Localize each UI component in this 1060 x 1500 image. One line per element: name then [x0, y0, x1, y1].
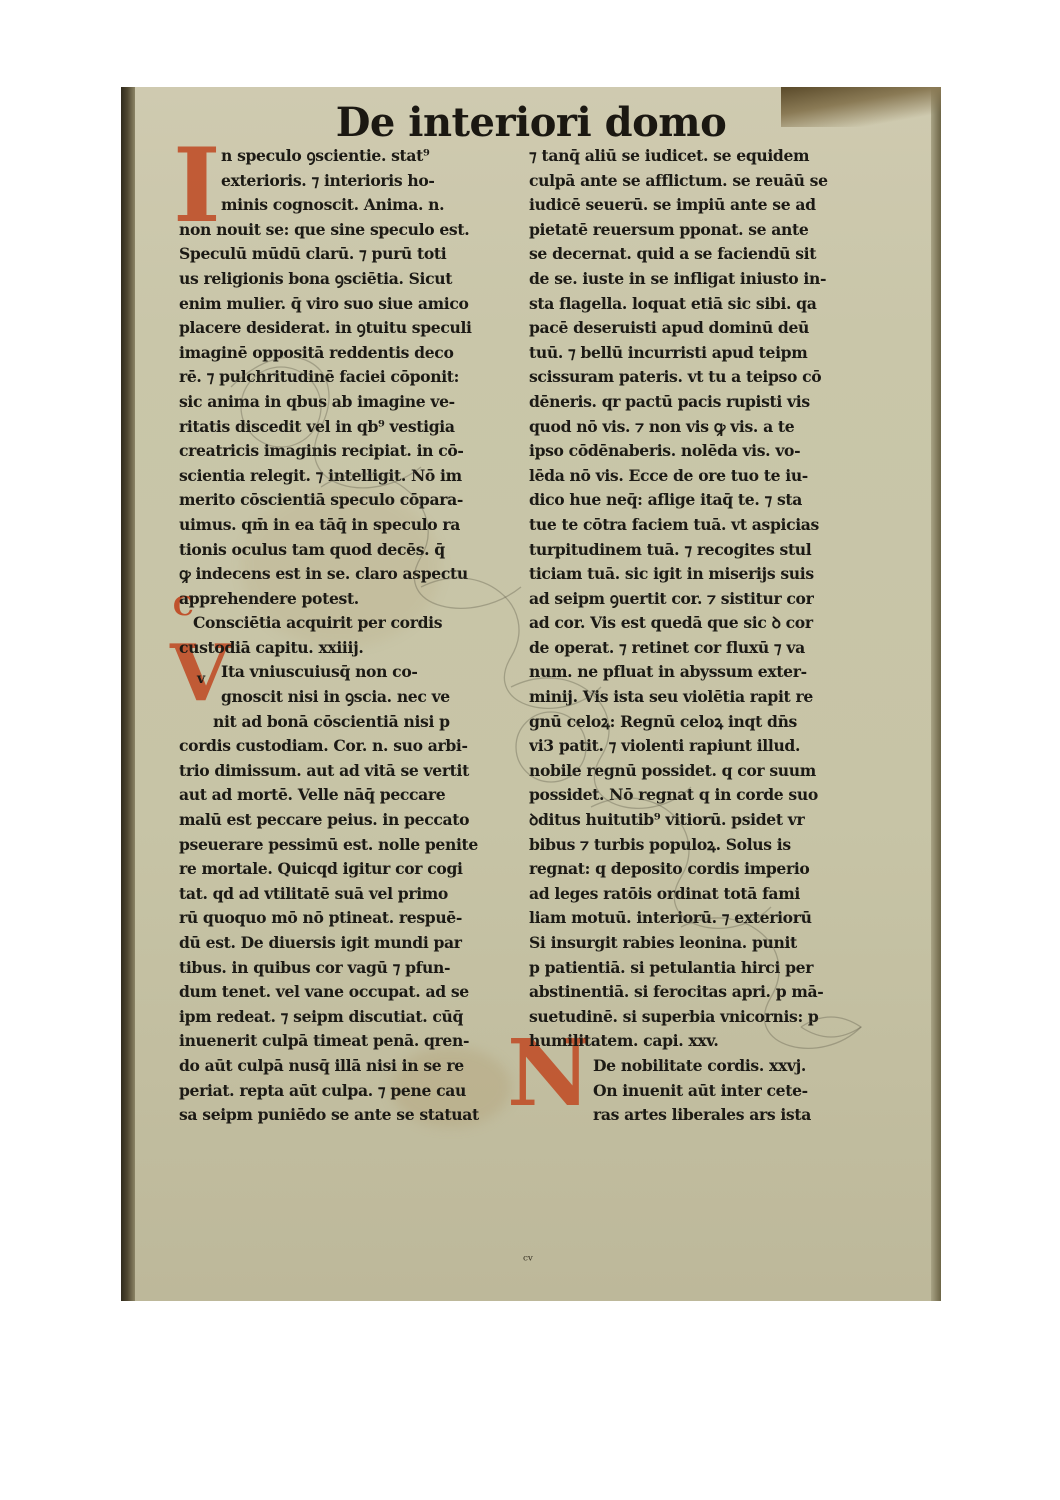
- chapter-heading: Consciētia acquirit per cordis: [179, 611, 499, 636]
- text-line: dēneris. qr pactū pacis rupisti vis: [529, 390, 859, 415]
- text-line: humilitatem. capi. xxv.: [529, 1029, 859, 1054]
- text-line: tionis oculus tam quod decēs. q̄: [179, 538, 499, 563]
- signature-mark: ᶜᵛ: [523, 1253, 545, 1265]
- text-line: bibus ⁊ turbis populoꝝ. Solus is: [529, 833, 859, 858]
- text-line: n speculo ꝯscientie. stat⁹: [179, 144, 499, 169]
- text-line: exterioris. ⁊ interioris ho-: [179, 169, 499, 194]
- text-line: minis cognoscit. Anima. n.: [179, 193, 499, 218]
- text-line: uimus. qm̄ in ea tāq̄ in speculo ra: [179, 513, 499, 538]
- text-line: merito cōscientiā speculo cōpara-: [179, 488, 499, 513]
- text-line: inuenerit culpā timeat penā. qren-: [179, 1029, 499, 1054]
- text-line: rū quoquo mō nō ptineat. respuē-: [179, 906, 499, 931]
- text-line: gnoscit nisi in ꝯscia. nec ve: [179, 685, 499, 710]
- text-line: regnat: q deposito cordis imperio: [529, 857, 859, 882]
- text-line: de operat. ⁊ retinet cor fluxū ⁊ va: [529, 636, 859, 661]
- text-line: nit ad bonā cōscientiā nisi p: [179, 710, 499, 735]
- text-line: re mortale. Quicqd igitur cor cogi: [179, 857, 499, 882]
- text-line: pietatē reuersum pponat. se ante: [529, 218, 859, 243]
- text-line: ritatis discedit vel in qb⁹ vestigia: [179, 415, 499, 440]
- text-line: tat. qd ad vtilitatē suā vel primo: [179, 882, 499, 907]
- text-line: do aūt culpā nusq̄ illā nisi in se re: [179, 1054, 499, 1079]
- text-line: periat. repta aūt culpa. ⁊ pene cau: [179, 1079, 499, 1104]
- text-line: ipm redeat. ⁊ seipm discutiat. cūq̄: [179, 1005, 499, 1030]
- text-line: malū est peccare peius. in peccato: [179, 808, 499, 833]
- text-line: tuū. ⁊ bellū incurristi apud teipm: [529, 341, 859, 366]
- running-head: De interiori domo: [121, 99, 941, 146]
- text-line: de se. iuste in se infligat iniusto in-: [529, 267, 859, 292]
- text-line: ꝙ indecens est in se. claro aspectu: [179, 562, 499, 587]
- text-line: minij. Vis ista seu violētia rapit re: [529, 685, 859, 710]
- text-line: us religionis bona ꝯsciētia. Sicut: [179, 267, 499, 292]
- text-line: ad leges ratōis ordinat totā fami: [529, 882, 859, 907]
- text-line: aut ad mortē. Velle nāq̄ peccare: [179, 783, 499, 808]
- text-line: ⁊ tanq̄ aliū se iudicet. se equidem: [529, 144, 859, 169]
- text-line: sta flagella. loquat etiā sic sibi. qa: [529, 292, 859, 317]
- text-line: Si insurgit rabies leonina. punit: [529, 931, 859, 956]
- text-line: scissuram pateris. vt tu a teipso cō: [529, 365, 859, 390]
- text-line: sa seipm puniēdo se ante se statuat: [179, 1103, 499, 1128]
- text-line: ticiam tuā. sic igit in miserijs suis: [529, 562, 859, 587]
- text-line: turpitudinem tuā. ⁊ recogites stul: [529, 538, 859, 563]
- text-line: culpā ante se afflictum. se reuāū se: [529, 169, 859, 194]
- text-column-left: n speculo ꝯscientie. stat⁹ exterioris. ⁊…: [179, 144, 499, 1128]
- text-line: cordis custodiam. Cor. n. suo arbi-: [179, 734, 499, 759]
- text-line: gnū celoꝝ: Regnū celoꝝ inqt dn̄s: [529, 710, 859, 735]
- text-line: enim mulier. q̄ viro suo siue amico: [179, 292, 499, 317]
- text-line: apprehendere potest.: [179, 587, 499, 612]
- text-line: Ita vniuscuiusq̄ non co-: [179, 660, 499, 685]
- text-line: suetudinē. si superbia vnicornis: p: [529, 1005, 859, 1030]
- chapter-heading: De nobilitate cordis. xxvj.: [529, 1054, 859, 1079]
- text-line: ad cor. Vis est quedā que sic ꝺ cor: [529, 611, 859, 636]
- text-line: se decernat. quid a se faciendū sit: [529, 242, 859, 267]
- text-line: pacē deseruisti apud dominū deū: [529, 316, 859, 341]
- text-line: possidet. Nō regnat q in corde suo: [529, 783, 859, 808]
- text-line: dū est. De diuersis igit mundi par: [179, 931, 499, 956]
- text-line: num. ne pfluat in abyssum exter-: [529, 660, 859, 685]
- text-line: imaginē oppositā reddentis deco: [179, 341, 499, 366]
- book-page-photo: De interiori domo I V v N C n speculo ꝯs…: [121, 87, 941, 1301]
- text-line: p patientiā. si petulantia hirci per: [529, 956, 859, 981]
- text-line: quod nō vis. ⁊ non vis ꝙ vis. a te: [529, 415, 859, 440]
- text-line: placere desiderat. in ꝯtuitu speculi: [179, 316, 499, 341]
- text-line: iudicē seuerū. se impiū ante se ad: [529, 193, 859, 218]
- text-line: liam motuū. interiorū. ⁊ exteriorū: [529, 906, 859, 931]
- text-line: trio dimissum. aut ad vitā se vertit: [179, 759, 499, 784]
- text-line: non nouit se: que sine speculo est.: [179, 218, 499, 243]
- text-line: lēda nō vis. Ecce de ore tuo te iu-: [529, 464, 859, 489]
- text-line: dum tenet. vel vane occupat. ad se: [179, 980, 499, 1005]
- text-line: On inuenit aūt inter cete-: [529, 1079, 859, 1104]
- text-line: Speculū mūdū clarū. ⁊ purū toti: [179, 242, 499, 267]
- text-line: ras artes liberales ars ista: [529, 1103, 859, 1128]
- chapter-heading: custodiā capitu. xxiiij.: [179, 636, 499, 661]
- text-line: pseuerare pessimū est. nolle penite: [179, 833, 499, 858]
- page-right-edge: [931, 87, 941, 1301]
- text-line: tue te cōtra faciem tuā. vt aspicias: [529, 513, 859, 538]
- text-line: nobile regnū possidet. q cor suum: [529, 759, 859, 784]
- text-line: scientia relegit. ⁊ intelligit. Nō im: [179, 464, 499, 489]
- text-line: dico hue neq̄: aflige itaq̄ te. ⁊ sta: [529, 488, 859, 513]
- text-line: rē. ⁊ pulchritudinē faciei cōponit:: [179, 365, 499, 390]
- text-column-right: ⁊ tanq̄ aliū se iudicet. se equidem culp…: [529, 144, 859, 1128]
- text-line: ad seipm ꝯuertit cor. ⁊ sistitur cor: [529, 587, 859, 612]
- text-line: ipso cōdēnaberis. nolēda vis. vo-: [529, 439, 859, 464]
- text-line: ꝺditus huitutib⁹ vitiorū. psidet vr: [529, 808, 859, 833]
- text-line: abstinentiā. si ferocitas apri. p mā-: [529, 980, 859, 1005]
- text-line: creatricis imaginis recipiat. in cō-: [179, 439, 499, 464]
- text-line: sic anima in qbus ab imagine ve-: [179, 390, 499, 415]
- text-line: vi3 patit. ⁊ violenti rapiunt illud.: [529, 734, 859, 759]
- text-line: tibus. in quibus cor vagū ⁊ pfun-: [179, 956, 499, 981]
